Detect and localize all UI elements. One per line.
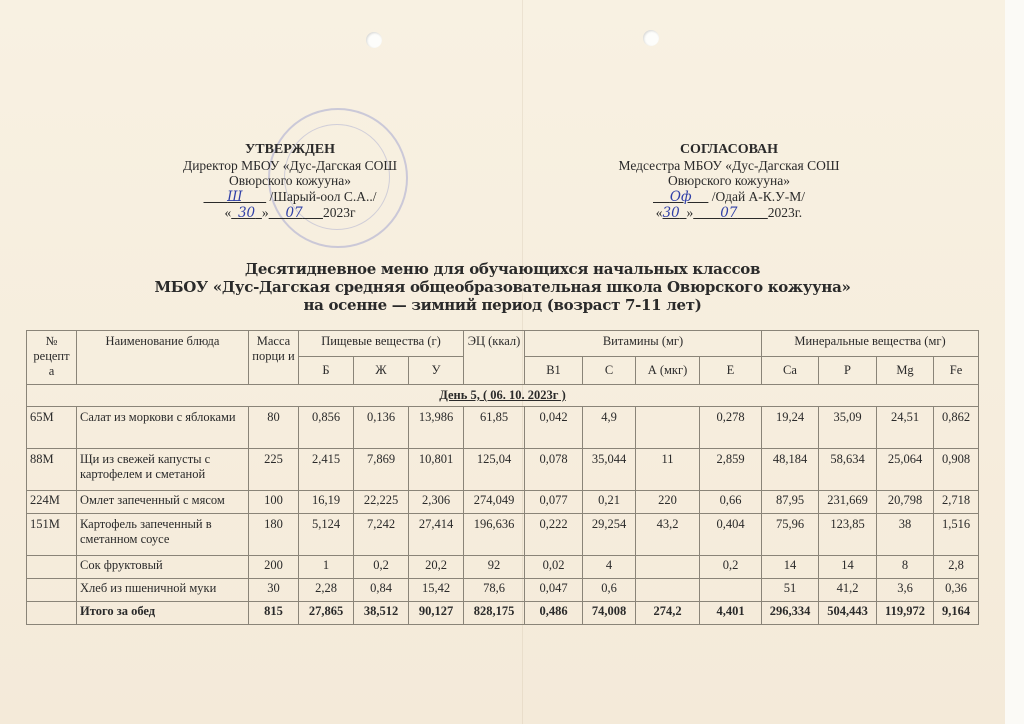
cell-mass: 100 [249, 491, 299, 514]
agreement-date: «30 » 07 2023г. [594, 205, 864, 222]
cell-c: 74,008 [583, 602, 636, 625]
title-line-2: МБОУ «Дус-Дагская средняя общеобразовате… [0, 278, 1005, 296]
table-row: Хлеб из пшеничной муки302,280,8415,4278,… [27, 579, 979, 602]
cell-e: 0,66 [700, 491, 762, 514]
cell-c: 4,9 [583, 407, 636, 449]
cell-p: 58,634 [819, 449, 877, 491]
cell-zh: 22,225 [354, 491, 409, 514]
cell-e: 0,278 [700, 407, 762, 449]
cell-b1: 0,486 [525, 602, 583, 625]
cell-e: 0,2 [700, 556, 762, 579]
agreement-block: СОГЛАСОВАН Медсестра МБОУ «Дус-Дагская С… [594, 142, 864, 222]
menu-rows: 65МСалат из моркови с яблоками800,8560,1… [27, 407, 979, 625]
header-dish-name: Наименование блюда [77, 331, 249, 385]
header-nutrients: Пищевые вещества (г) [299, 331, 464, 357]
cell-p: 14 [819, 556, 877, 579]
cell-name: Хлеб из пшеничной муки [77, 579, 249, 602]
approval-date: « 30 » 07 2023г [160, 205, 420, 222]
cell-mass: 30 [249, 579, 299, 602]
cell-fe: 2,8 [934, 556, 979, 579]
cell-no [27, 579, 77, 602]
cell-zh: 7,242 [354, 514, 409, 556]
agreement-month: 07 [720, 205, 737, 221]
cell-ca: 296,334 [762, 602, 819, 625]
agreement-heading: СОГЛАСОВАН [594, 142, 864, 158]
cell-no [27, 556, 77, 579]
cell-mg: 3,6 [877, 579, 934, 602]
header-recipe-no: № рецепт а [27, 331, 77, 385]
cell-no: 65М [27, 407, 77, 449]
approval-block: УТВЕРЖДЕН Директор МБОУ «Дус-Дагская СОШ… [160, 142, 420, 222]
header-p: P [819, 357, 877, 385]
cell-mass: 225 [249, 449, 299, 491]
cell-fe: 0,908 [934, 449, 979, 491]
cell-mass: 815 [249, 602, 299, 625]
cell-b: 16,19 [299, 491, 354, 514]
header-row-1: № рецепт а Наименование блюда Масса порц… [27, 331, 979, 357]
approver-name: /Шарый-оол С.А../ [270, 189, 377, 204]
cell-u: 90,127 [409, 602, 464, 625]
header-protein: Б [299, 357, 354, 385]
cell-c: 29,254 [583, 514, 636, 556]
cell-e: 2,859 [700, 449, 762, 491]
cell-p: 231,669 [819, 491, 877, 514]
agreement-position: Медсестра МБОУ «Дус-Дагская СОШ [594, 158, 864, 174]
header-minerals: Минеральные вещества (мг) [762, 331, 979, 357]
cell-b: 27,865 [299, 602, 354, 625]
cell-mg: 119,972 [877, 602, 934, 625]
header-vit-e: Е [700, 357, 762, 385]
cell-mass: 180 [249, 514, 299, 556]
cell-mg: 24,51 [877, 407, 934, 449]
cell-b: 5,124 [299, 514, 354, 556]
cell-ec: 61,85 [464, 407, 525, 449]
cell-u: 15,42 [409, 579, 464, 602]
cell-e: 4,401 [700, 602, 762, 625]
cell-ca: 51 [762, 579, 819, 602]
cell-fe: 0,36 [934, 579, 979, 602]
header-ca: Ca [762, 357, 819, 385]
cell-c: 0,21 [583, 491, 636, 514]
approval-position: Директор МБОУ «Дус-Дагская СОШ [160, 158, 420, 174]
cell-c: 0,6 [583, 579, 636, 602]
cell-a [636, 579, 700, 602]
header-mg: Mg [877, 357, 934, 385]
cell-no: 151М [27, 514, 77, 556]
cell-ec: 125,04 [464, 449, 525, 491]
cell-b1: 0,077 [525, 491, 583, 514]
cell-ec: 196,636 [464, 514, 525, 556]
cell-no: 224М [27, 491, 77, 514]
cell-zh: 7,869 [354, 449, 409, 491]
agreement-day: 30 [663, 205, 680, 221]
cell-ca: 87,95 [762, 491, 819, 514]
title-line-3: на осенне — зимний период (возраст 7-11 … [0, 296, 1005, 314]
header-portion-mass: Масса порци и [249, 331, 299, 385]
agreement-signature-line: Оф /Одай А-К.У-М/ [594, 189, 864, 206]
cell-fe: 9,164 [934, 602, 979, 625]
document-title: Десятидневное меню для обучающихся начал… [0, 260, 1005, 314]
cell-ca: 19,24 [762, 407, 819, 449]
cell-b1: 0,222 [525, 514, 583, 556]
cell-ec: 828,175 [464, 602, 525, 625]
cell-c: 35,044 [583, 449, 636, 491]
header-energy: ЭЦ (ккал) [464, 331, 525, 385]
cell-mass: 200 [249, 556, 299, 579]
cell-p: 41,2 [819, 579, 877, 602]
agreer-name: /Одай А-К.У-М/ [712, 189, 805, 204]
cell-name: Щи из свежей капусты с картофелем и смет… [77, 449, 249, 491]
day-row: День 5, ( 06. 10. 2023г ) [27, 385, 979, 407]
cell-b: 2,415 [299, 449, 354, 491]
cell-ca: 48,184 [762, 449, 819, 491]
header-vit-c: C [583, 357, 636, 385]
signature-mark: Ш [227, 189, 242, 205]
approval-signature-line: Ш /Шарый-оол С.А../ [160, 189, 420, 206]
cell-ec: 78,6 [464, 579, 525, 602]
cell-name: Омлет запеченный с мясом [77, 491, 249, 514]
cell-a [636, 407, 700, 449]
header-vitamins: Витамины (мг) [525, 331, 762, 357]
header-fe: Fe [934, 357, 979, 385]
cell-no: 88М [27, 449, 77, 491]
cell-c: 4 [583, 556, 636, 579]
cell-fe: 1,516 [934, 514, 979, 556]
cell-ca: 75,96 [762, 514, 819, 556]
approval-year: 2023г [323, 205, 356, 220]
page-edge [1005, 0, 1024, 724]
table-row: 88МЩи из свежей капусты с картофелем и с… [27, 449, 979, 491]
cell-e: 0,404 [700, 514, 762, 556]
punch-hole-left [366, 32, 382, 48]
cell-b1: 0,078 [525, 449, 583, 491]
punch-hole-right [643, 30, 659, 46]
table-row: 224МОмлет запеченный с мясом10016,1922,2… [27, 491, 979, 514]
cell-zh: 0,2 [354, 556, 409, 579]
cell-zh: 0,84 [354, 579, 409, 602]
header-vit-b1: B1 [525, 357, 583, 385]
table-row: 151МКартофель запеченный в сметанном соу… [27, 514, 979, 556]
cell-u: 10,801 [409, 449, 464, 491]
cell-fe: 0,862 [934, 407, 979, 449]
cell-name: Сок фруктовый [77, 556, 249, 579]
cell-u: 27,414 [409, 514, 464, 556]
total-row: Итого за обед81527,86538,51290,127828,17… [27, 602, 979, 625]
cell-b: 1 [299, 556, 354, 579]
approval-heading: УТВЕРЖДЕН [160, 142, 420, 158]
header-fat: Ж [354, 357, 409, 385]
cell-ec: 274,049 [464, 491, 525, 514]
cell-b: 0,856 [299, 407, 354, 449]
cell-ca: 14 [762, 556, 819, 579]
day-label: День 5, ( 06. 10. 2023г ) [27, 385, 979, 407]
approval-month: 07 [286, 205, 303, 221]
cell-a: 274,2 [636, 602, 700, 625]
cell-no [27, 602, 77, 625]
header-vit-a: А (мкг) [636, 357, 700, 385]
cell-name: Итого за обед [77, 602, 249, 625]
cell-e [700, 579, 762, 602]
cell-zh: 0,136 [354, 407, 409, 449]
approval-organization: Овюрского кожууна» [160, 173, 420, 189]
cell-name: Салат из моркови с яблоками [77, 407, 249, 449]
cell-b1: 0,042 [525, 407, 583, 449]
table-row: 65МСалат из моркови с яблоками800,8560,1… [27, 407, 979, 449]
cell-a: 220 [636, 491, 700, 514]
cell-ec: 92 [464, 556, 525, 579]
cell-a [636, 556, 700, 579]
cell-a: 11 [636, 449, 700, 491]
cell-fe: 2,718 [934, 491, 979, 514]
cell-name: Картофель запеченный в сметанном соусе [77, 514, 249, 556]
header-carbs: У [409, 357, 464, 385]
approval-day: 30 [238, 205, 255, 221]
cell-mg: 38 [877, 514, 934, 556]
title-line-1: Десятидневное меню для обучающихся начал… [0, 260, 1005, 278]
cell-b1: 0,02 [525, 556, 583, 579]
cell-zh: 38,512 [354, 602, 409, 625]
cell-b1: 0,047 [525, 579, 583, 602]
agreement-year: 2023г. [768, 205, 802, 220]
cell-u: 20,2 [409, 556, 464, 579]
signature-mark: Оф [670, 189, 692, 205]
cell-p: 123,85 [819, 514, 877, 556]
table-row: Сок фруктовый20010,220,2920,0240,2141482… [27, 556, 979, 579]
cell-mass: 80 [249, 407, 299, 449]
cell-u: 13,986 [409, 407, 464, 449]
cell-a: 43,2 [636, 514, 700, 556]
cell-p: 504,443 [819, 602, 877, 625]
cell-mg: 20,798 [877, 491, 934, 514]
cell-b: 2,28 [299, 579, 354, 602]
cell-u: 2,306 [409, 491, 464, 514]
cell-mg: 25,064 [877, 449, 934, 491]
cell-p: 35,09 [819, 407, 877, 449]
agreement-organization: Овюрского кожууна» [594, 173, 864, 189]
menu-table: № рецепт а Наименование блюда Масса порц… [26, 330, 979, 625]
cell-mg: 8 [877, 556, 934, 579]
